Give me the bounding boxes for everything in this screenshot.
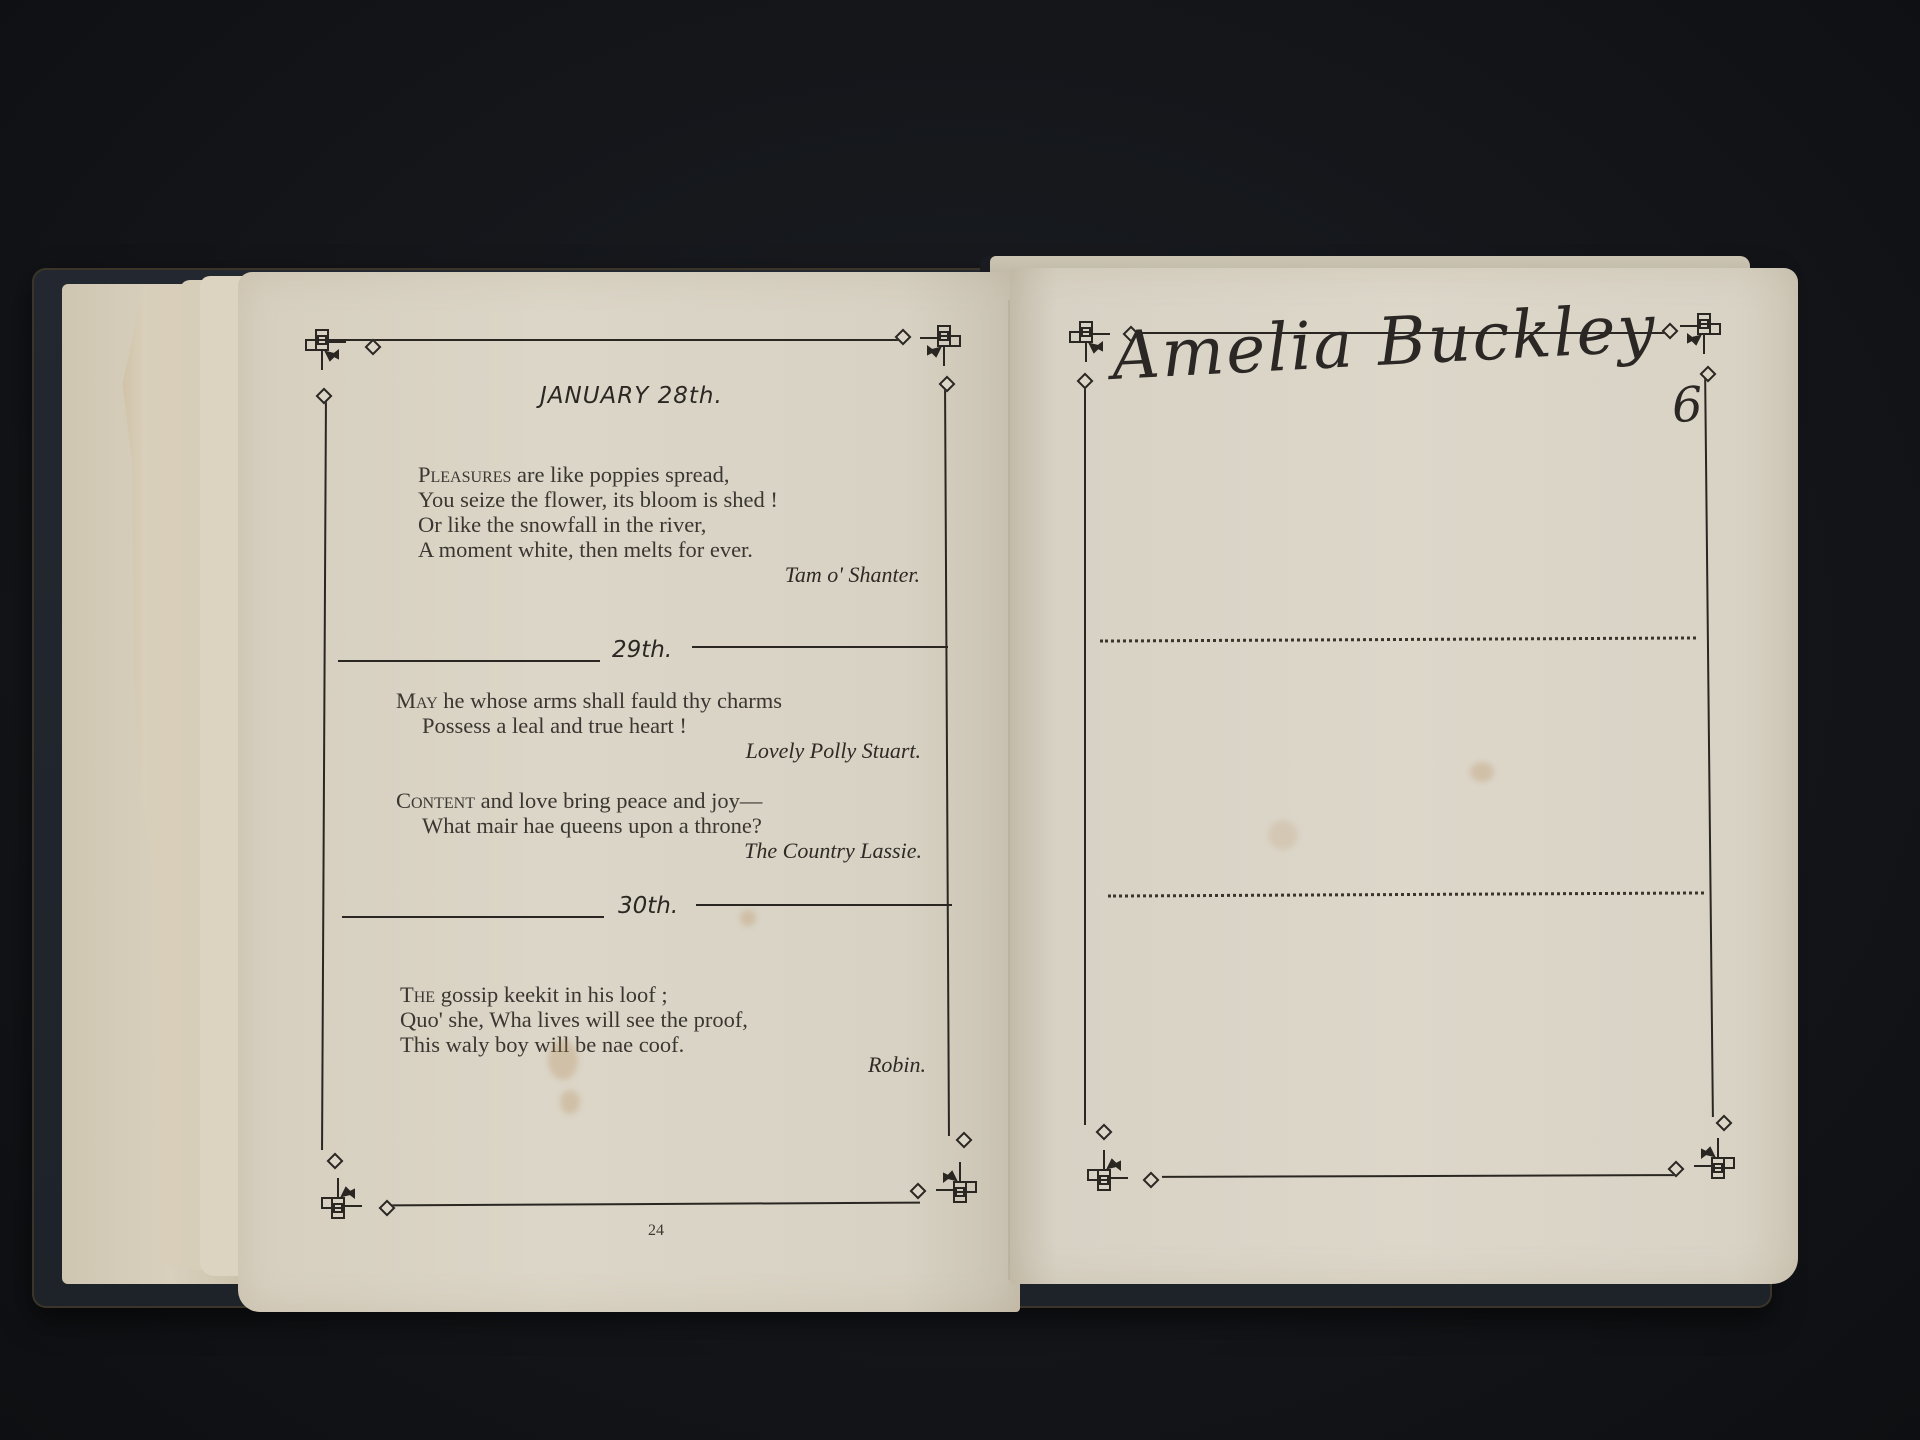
- verse-line: Content and love bring peace and joy—: [396, 788, 922, 813]
- divider-line: [342, 916, 604, 918]
- verse-line: The gossip keekit in his loof ;: [400, 982, 928, 1007]
- attribution: Lovely Polly Stuart.: [396, 738, 921, 764]
- date-heading-30: 30th.: [618, 893, 678, 919]
- attribution: Tam o' Shanter.: [418, 562, 920, 588]
- verse-line: May he whose arms shall fauld thy charms: [396, 688, 921, 713]
- verse-line: You seize the flower, its bloom is shed …: [418, 487, 918, 512]
- frame-left-line: [1084, 380, 1086, 1125]
- verse-block-29b: Content and love bring peace and joy— Wh…: [396, 788, 922, 864]
- divider-line: [692, 646, 948, 648]
- verse-block-29a: May he whose arms shall fauld thy charms…: [396, 688, 921, 764]
- page-number: 24: [648, 1222, 664, 1240]
- corner-ornament-icon: [920, 322, 964, 366]
- verse-line: Pleasures are like poppies spread,: [418, 462, 918, 487]
- verse-line: Possess a leal and true heart !: [396, 713, 921, 738]
- foxing-stain: [548, 1040, 578, 1080]
- attribution: Robin.: [760, 1052, 926, 1078]
- verse-block-28: Pleasures are like poppies spread, You s…: [418, 462, 918, 588]
- verse-line: A moment white, then melts for ever.: [418, 537, 918, 562]
- corner-ornament-icon: [1694, 1138, 1738, 1182]
- corner-ornament-icon: [936, 1162, 980, 1206]
- foxing-stain: [560, 1090, 580, 1114]
- corner-ornament-icon: [1084, 1150, 1128, 1194]
- verse-block-30: The gossip keekit in his loof ; Quo' she…: [400, 982, 928, 1057]
- attribution: The Country Lassie.: [396, 838, 922, 864]
- corner-ornament-icon: [318, 1178, 362, 1222]
- verse-line: Or like the snowfall in the river,: [418, 512, 918, 537]
- signature-mark: 6: [1671, 376, 1706, 434]
- page-heading: JANUARY 28th.: [540, 383, 723, 409]
- foxing-stain: [740, 910, 756, 926]
- foxing-stain: [1268, 820, 1298, 850]
- corner-ornament-icon: [1066, 318, 1110, 362]
- verse-line: What mair hae queens upon a throne?: [396, 813, 922, 838]
- date-heading-29: 29th.: [612, 637, 672, 663]
- corner-ornament-icon: [1680, 310, 1724, 354]
- verse-line: Quo' she, Wha lives will see the proof,: [400, 1007, 928, 1032]
- foxing-stain: [1470, 762, 1494, 782]
- frame-top-line: [318, 339, 898, 341]
- corner-ornament-icon: [302, 326, 346, 370]
- divider-line: [338, 660, 600, 662]
- divider-line: [696, 904, 952, 906]
